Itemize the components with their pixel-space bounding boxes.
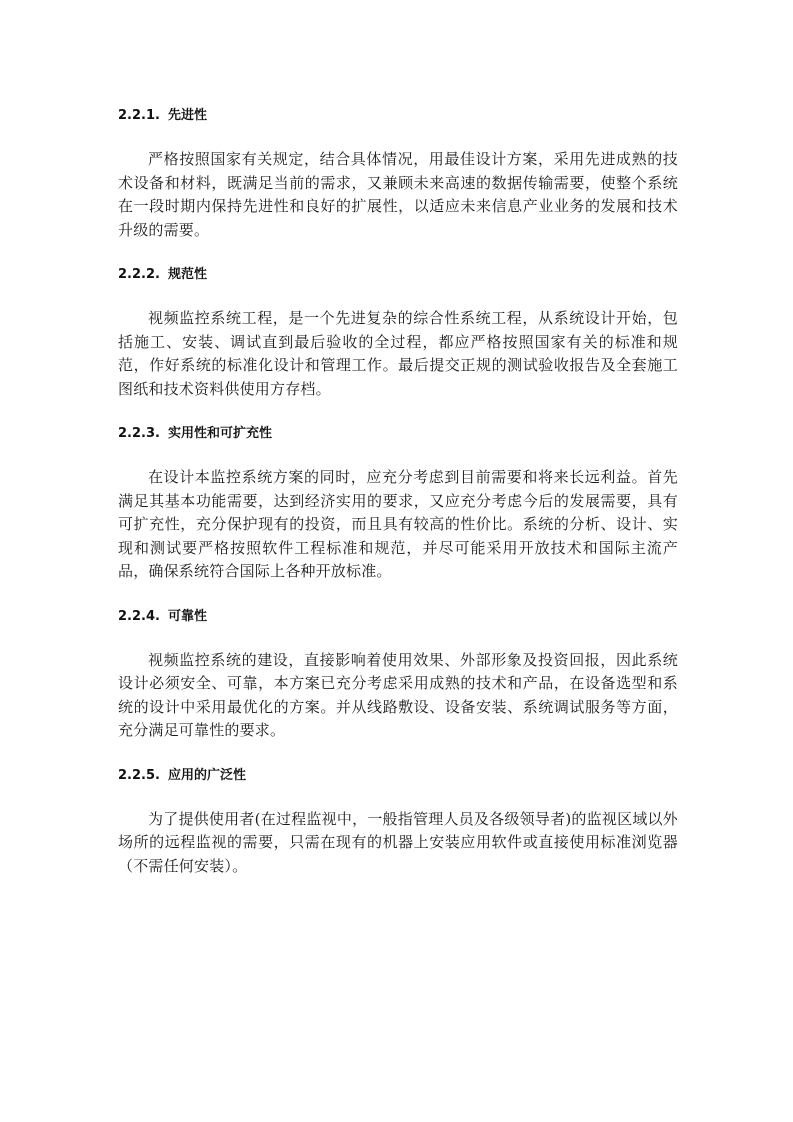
section-title: 规范性 bbox=[168, 267, 207, 282]
section-standardization: 2.2.2.规范性 视频监控系统工程，是一个先进复杂的综合性系统工程，从系统设计… bbox=[118, 263, 678, 401]
section-number: 2.2.5. bbox=[118, 768, 160, 783]
section-number: 2.2.3. bbox=[118, 426, 160, 441]
section-heading: 2.2.3.实用性和可扩充性 bbox=[118, 422, 678, 446]
section-heading: 2.2.4.可靠性 bbox=[118, 605, 678, 629]
section-number: 2.2.1. bbox=[118, 108, 160, 123]
section-heading: 2.2.5.应用的广泛性 bbox=[118, 764, 678, 788]
section-body: 严格按照国家有关规定，结合具体情况，用最佳设计方案，采用先进成熟的技术设备和材料… bbox=[118, 148, 678, 242]
section-practicality: 2.2.3.实用性和可扩充性 在设计本监控系统方案的同时，应充分考虑到目前需要和… bbox=[118, 422, 678, 584]
section-heading: 2.2.1.先进性 bbox=[118, 104, 678, 128]
section-applicability: 2.2.5.应用的广泛性 为了提供使用者(在过程监视中，一般指管理人员及各级领导… bbox=[118, 764, 678, 879]
section-body: 视频监控系统工程，是一个先进复杂的综合性系统工程，从系统设计开始，包括施工、安装… bbox=[118, 307, 678, 401]
section-reliability: 2.2.4.可靠性 视频监控系统的建设，直接影响着使用效果、外部形象及投资回报，… bbox=[118, 605, 678, 743]
document-page: 2.2.1.先进性 严格按照国家有关规定，结合具体情况，用最佳设计方案，采用先进… bbox=[118, 104, 678, 899]
section-body: 为了提供使用者(在过程监视中，一般指管理人员及各级领导者)的监视区域以外场所的远… bbox=[118, 808, 678, 879]
section-number: 2.2.4. bbox=[118, 609, 160, 624]
section-number: 2.2.2. bbox=[118, 267, 160, 282]
section-body: 视频监控系统的建设，直接影响着使用效果、外部形象及投资回报，因此系统设计必须安全… bbox=[118, 649, 678, 743]
section-title: 应用的广泛性 bbox=[168, 768, 246, 783]
section-title: 先进性 bbox=[168, 108, 207, 123]
section-title: 实用性和可扩充性 bbox=[168, 426, 272, 441]
section-body: 在设计本监控系统方案的同时，应充分考虑到目前需要和将来长远利益。首先满足其基本功… bbox=[118, 466, 678, 584]
section-heading: 2.2.2.规范性 bbox=[118, 263, 678, 287]
section-advanced: 2.2.1.先进性 严格按照国家有关规定，结合具体情况，用最佳设计方案，采用先进… bbox=[118, 104, 678, 242]
section-title: 可靠性 bbox=[168, 609, 207, 624]
